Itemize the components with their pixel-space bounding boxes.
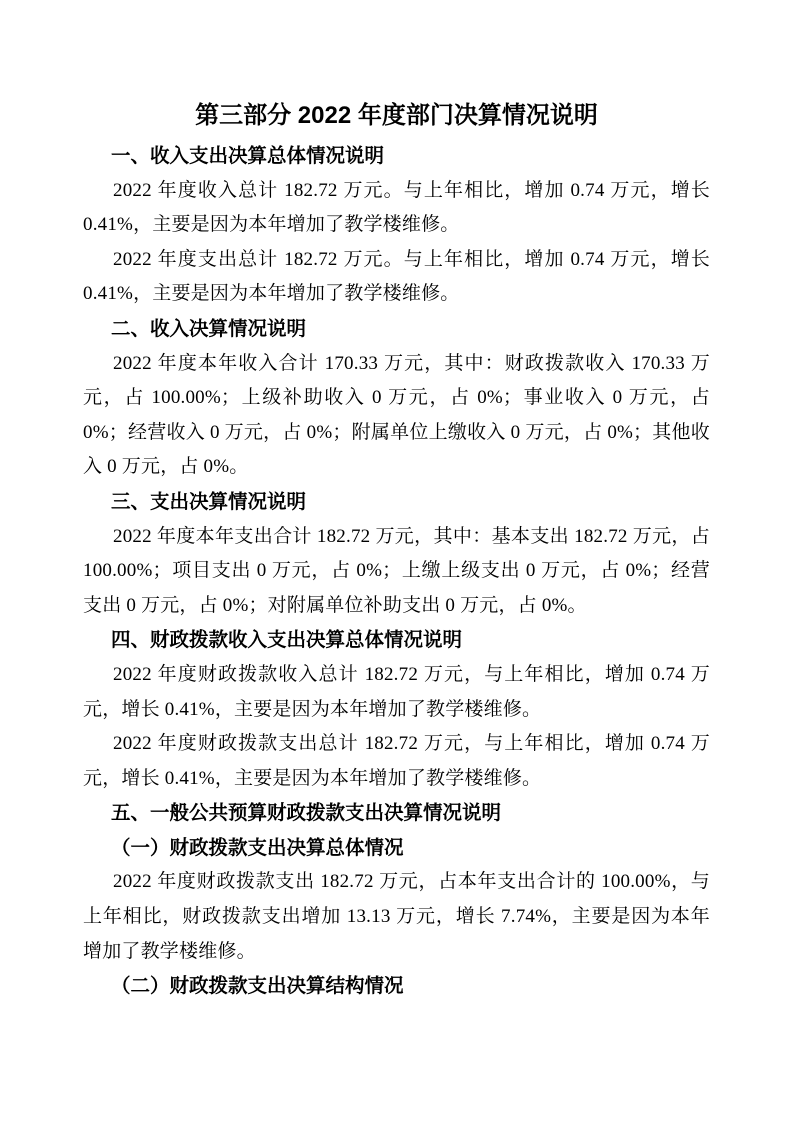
- paragraph-income-breakdown: 2022 年度本年收入合计 170.33 万元，其中：财政拨款收入 170.33…: [83, 347, 710, 485]
- doc-title-text: 第三部分 2022 年度部门决算情况说明: [195, 102, 598, 129]
- subsection-heading-appropriation-expenditure-structure: （二）财政拨款支出决算结构情况: [83, 969, 710, 1004]
- section-heading-fiscal-appropriation-overview: 四、财政拨款收入支出决算总体情况说明: [83, 623, 710, 658]
- paragraph-fiscal-income-total: 2022 年度财政拨款收入总计 182.72 万元，与上年相比，增加 0.74 …: [83, 658, 710, 727]
- paragraph-expenditure-breakdown: 2022 年度本年支出合计 182.72 万元，其中：基本支出 182.72 万…: [83, 520, 710, 624]
- section-heading-income-expenditure-overview: 一、收入支出决算总体情况说明: [83, 139, 710, 174]
- paragraph-fiscal-expenditure-total: 2022 年度财政拨款支出总计 182.72 万元，与上年相比，增加 0.74 …: [83, 727, 710, 796]
- section-heading-public-budget-appropriation: 五、一般公共预算财政拨款支出决算情况说明: [83, 796, 710, 831]
- paragraph-total-income: 2022 年度收入总计 182.72 万元。与上年相比，增加 0.74 万元，增…: [83, 174, 710, 243]
- subsection-heading-appropriation-expenditure-overview: （一）财政拨款支出决算总体情况: [83, 831, 710, 866]
- section-heading-expenditure-accounts: 三、支出决算情况说明: [83, 485, 710, 520]
- section-heading-income-accounts: 二、收入决算情况说明: [83, 312, 710, 347]
- paragraph-appropriation-expenditure-detail: 2022 年度财政拨款支出 182.72 万元，占本年支出合计的 100.00%…: [83, 865, 710, 969]
- doc-title: 第三部分 2022 年度部门决算情况说明: [83, 93, 710, 139]
- document-page: 第三部分 2022 年度部门决算情况说明 一、收入支出决算总体情况说明 2022…: [0, 0, 793, 1122]
- paragraph-total-expenditure: 2022 年度支出总计 182.72 万元。与上年相比，增加 0.74 万元，增…: [83, 243, 710, 312]
